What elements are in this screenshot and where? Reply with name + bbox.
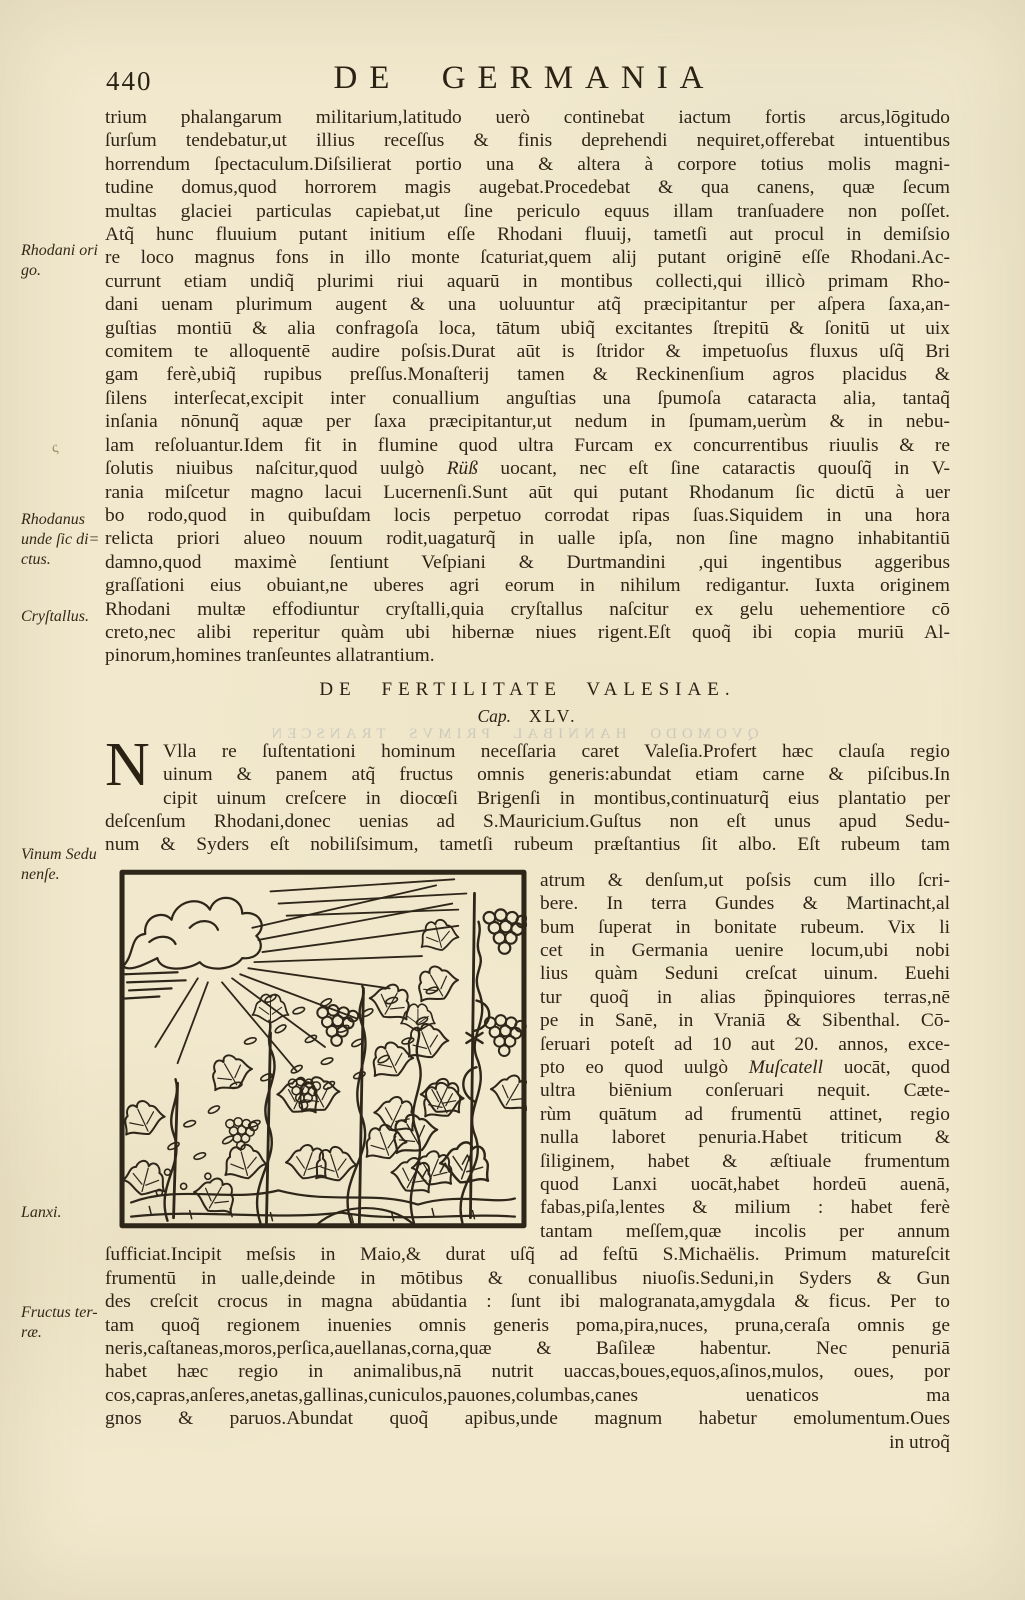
text-line: re loco magnus fons in illo monte ſcatur… bbox=[105, 246, 950, 269]
text-line: comitem te alloquentē audire poſsis.Dura… bbox=[105, 340, 950, 363]
margin-note: Rhodanusunde ſic di=ctus. bbox=[21, 510, 111, 570]
text-line: trium phalangarum militarium,latitudo ue… bbox=[105, 106, 950, 129]
grape-cluster bbox=[317, 1005, 358, 1046]
paragraph-valesia-lines: Vlla re ſuſtentationi hominum neceſſaria… bbox=[105, 740, 950, 857]
text-line: tam quoq̃ regionem inuenies omnis generi… bbox=[105, 1314, 950, 1337]
section-heading: DE FERTILITATE VALESIAE. bbox=[105, 678, 950, 702]
figure-row: atrum & denſum,ut poſsis cum illo ſcri-b… bbox=[105, 869, 950, 1244]
catchword: in utroq̃ bbox=[105, 1431, 950, 1454]
text-line: creto,nec alibi reperitur quàm ubi hiber… bbox=[105, 621, 950, 644]
text-line: cos,capras,anſeres,anetas,gallinas,cunic… bbox=[105, 1384, 950, 1407]
text-line: ſolutis niuibus naſcitur,quod uulgò Rüß … bbox=[105, 457, 950, 480]
grape-cluster bbox=[484, 909, 527, 953]
text-line: tudine domus,quod horrorem magis augebat… bbox=[105, 176, 950, 199]
text-line: gam ferè,ubiq̃ rupibus preſſus.Monaſteri… bbox=[105, 363, 950, 386]
text-block: trium phalangarum militarium,latitudo ue… bbox=[105, 106, 950, 1454]
text-line: gnos & paruos.Abundat quoq̃ apibus,unde … bbox=[105, 1407, 950, 1430]
running-header: DE GERMANIA bbox=[12, 60, 1025, 97]
wrapped-text-column: atrum & denſum,ut poſsis cum illo ſcri-b… bbox=[540, 869, 950, 1244]
text-line: habet hæc regio in animalibus,nā nutrit … bbox=[105, 1360, 950, 1383]
text-line: ſurſum tendebatur,ut illius receſſus & f… bbox=[105, 129, 950, 152]
text-line: lius quàm Seduni creſcat uinum. Euehi bbox=[540, 962, 950, 985]
chapter-label: Cap. bbox=[477, 706, 511, 726]
paragraph-valesia: N Vlla re ſuſtentationi hominum neceſſar… bbox=[105, 740, 950, 857]
paragraph-after-figure: ſufficiat.Incipit meſsis in Maio,& durat… bbox=[105, 1243, 950, 1430]
chapter-number: XLV. bbox=[529, 706, 577, 726]
grape-cluster bbox=[485, 1015, 526, 1056]
text-line: dani uenam plurimum augent & una uoluunt… bbox=[105, 293, 950, 316]
text-line: ſeruari poteſt ad 10 aut 20. annos, exce… bbox=[540, 1033, 950, 1056]
text-line: pe in Sanē, in Vraniā & Sibenthal. Cō- bbox=[540, 1009, 950, 1032]
margin-note: Cryſtallus. bbox=[21, 607, 111, 627]
paragraph-rhodanus: trium phalangarum militarium,latitudo ue… bbox=[105, 106, 950, 668]
text-line: multas glaciei particulas capiebat,ut ſi… bbox=[105, 200, 950, 223]
text-line: lam reſoluantur.Idem fit in flumine quod… bbox=[105, 434, 950, 457]
text-line: nulla laboret penuria.Habet triticum & bbox=[540, 1126, 950, 1149]
text-line: frumentū in ualle,deinde in mōtibus & co… bbox=[105, 1267, 950, 1290]
grape-cluster bbox=[226, 1118, 258, 1150]
text-line: guſtias montiū & alia confragoſa loca, t… bbox=[105, 317, 950, 340]
text-line: bum ſuperat in bonitate rubeum. Vix li bbox=[540, 916, 950, 939]
ground bbox=[131, 1155, 515, 1225]
book-page: 440 DE GERMANIA QVOMODO HANNIBAL PRIMVS … bbox=[0, 0, 1025, 1600]
text-line: relicta priori alueo nouum rodit,uagatur… bbox=[105, 527, 950, 550]
text-line: damno,quod maximè ſentiunt Veſpiani & Du… bbox=[105, 551, 950, 574]
margin-note: Rhodani origo. bbox=[21, 241, 111, 281]
text-line: Vlla re ſuſtentationi hominum neceſſaria… bbox=[105, 740, 950, 763]
margin-note: Lanxi. bbox=[21, 1203, 111, 1223]
text-line: neris,caſtaneas,moros,perſica,auellanas,… bbox=[105, 1337, 950, 1360]
text-line: ſiliginem, habet & æſtiuale frumentum bbox=[540, 1150, 950, 1173]
margin-note: Fructus ter-ræ. bbox=[21, 1303, 111, 1343]
text-line: tur quoq̃ in alias p̃pinquiores terras,n… bbox=[540, 986, 950, 1009]
vineyard-woodcut-illustration bbox=[119, 869, 527, 1229]
text-line: inſania nōnunq̃ aquæ per ſaxa præcipitan… bbox=[105, 410, 950, 433]
text-line: uinum & panem atq̃ fructus omnis generis… bbox=[105, 763, 950, 786]
text-line: fabas,piſa,lentes & milium : habet ferè bbox=[540, 1196, 950, 1219]
text-line: pto eo quod uulgò Muſcatell uocāt, quod bbox=[540, 1056, 950, 1079]
text-line: tantam meſſem,quæ incolis per annum bbox=[540, 1220, 950, 1243]
chapter-heading: Cap.XLV. bbox=[105, 704, 950, 728]
text-line: ultra biēnium conſeruari nequit. Cæte- bbox=[540, 1079, 950, 1102]
margin-note: Vinum Sedunenſe. bbox=[21, 845, 111, 885]
text-line: rùm quātum ad frumentū attinet, regio bbox=[540, 1103, 950, 1126]
text-line: atrum & denſum,ut poſsis cum illo ſcri- bbox=[540, 869, 950, 892]
text-line: pinorum,homines tranſeuntes allatrantium… bbox=[105, 644, 950, 667]
text-line: cipit uinum creſcere in diocœſi Brigenſi… bbox=[105, 787, 950, 810]
text-line: deſcenſum Rhodani,donec uenias ad S.Maur… bbox=[105, 810, 950, 833]
text-line: bere. In terra Gundes & Martinacht,al bbox=[540, 892, 950, 915]
text-line: Atq̃ hunc fluuium putant initium eſſe Rh… bbox=[105, 223, 950, 246]
text-line: currunt etiam undiq̃ plurimi riui aquarū… bbox=[105, 270, 950, 293]
text-line: num & Syders eſt nobiliſsimum, tametſi r… bbox=[105, 833, 950, 856]
text-line: quod Lanxi uocāt,habet hordeū auenā, bbox=[540, 1173, 950, 1196]
sun-cloud-icon bbox=[123, 879, 466, 1071]
text-line: ſilens interſecat,excipit inter conualli… bbox=[105, 387, 950, 410]
text-line: graſſationi eius obuiant,ne uberes agri … bbox=[105, 574, 950, 597]
margin-squiggle-mark: ς bbox=[50, 440, 59, 458]
text-line: Rhodani multæ effodiuntur cryſtalli,quia… bbox=[105, 598, 950, 621]
text-line: cet in Germania uenire locum,ubi nobi bbox=[540, 939, 950, 962]
text-line: rania miſcetur magno lacui Lucernenſi.Su… bbox=[105, 481, 950, 504]
drop-cap-initial: N bbox=[105, 742, 155, 789]
text-line: horrendum ſpectaculum.Diſsilierat portio… bbox=[105, 153, 950, 176]
text-line: bo rodo,quod in quibuſdam locis perpetuo… bbox=[105, 504, 950, 527]
text-line: des creſcit crocus in magna abūdantia : … bbox=[105, 1290, 950, 1313]
vineyard-woodcut bbox=[119, 869, 527, 1234]
text-line: ſufficiat.Incipit meſsis in Maio,& durat… bbox=[105, 1243, 950, 1266]
